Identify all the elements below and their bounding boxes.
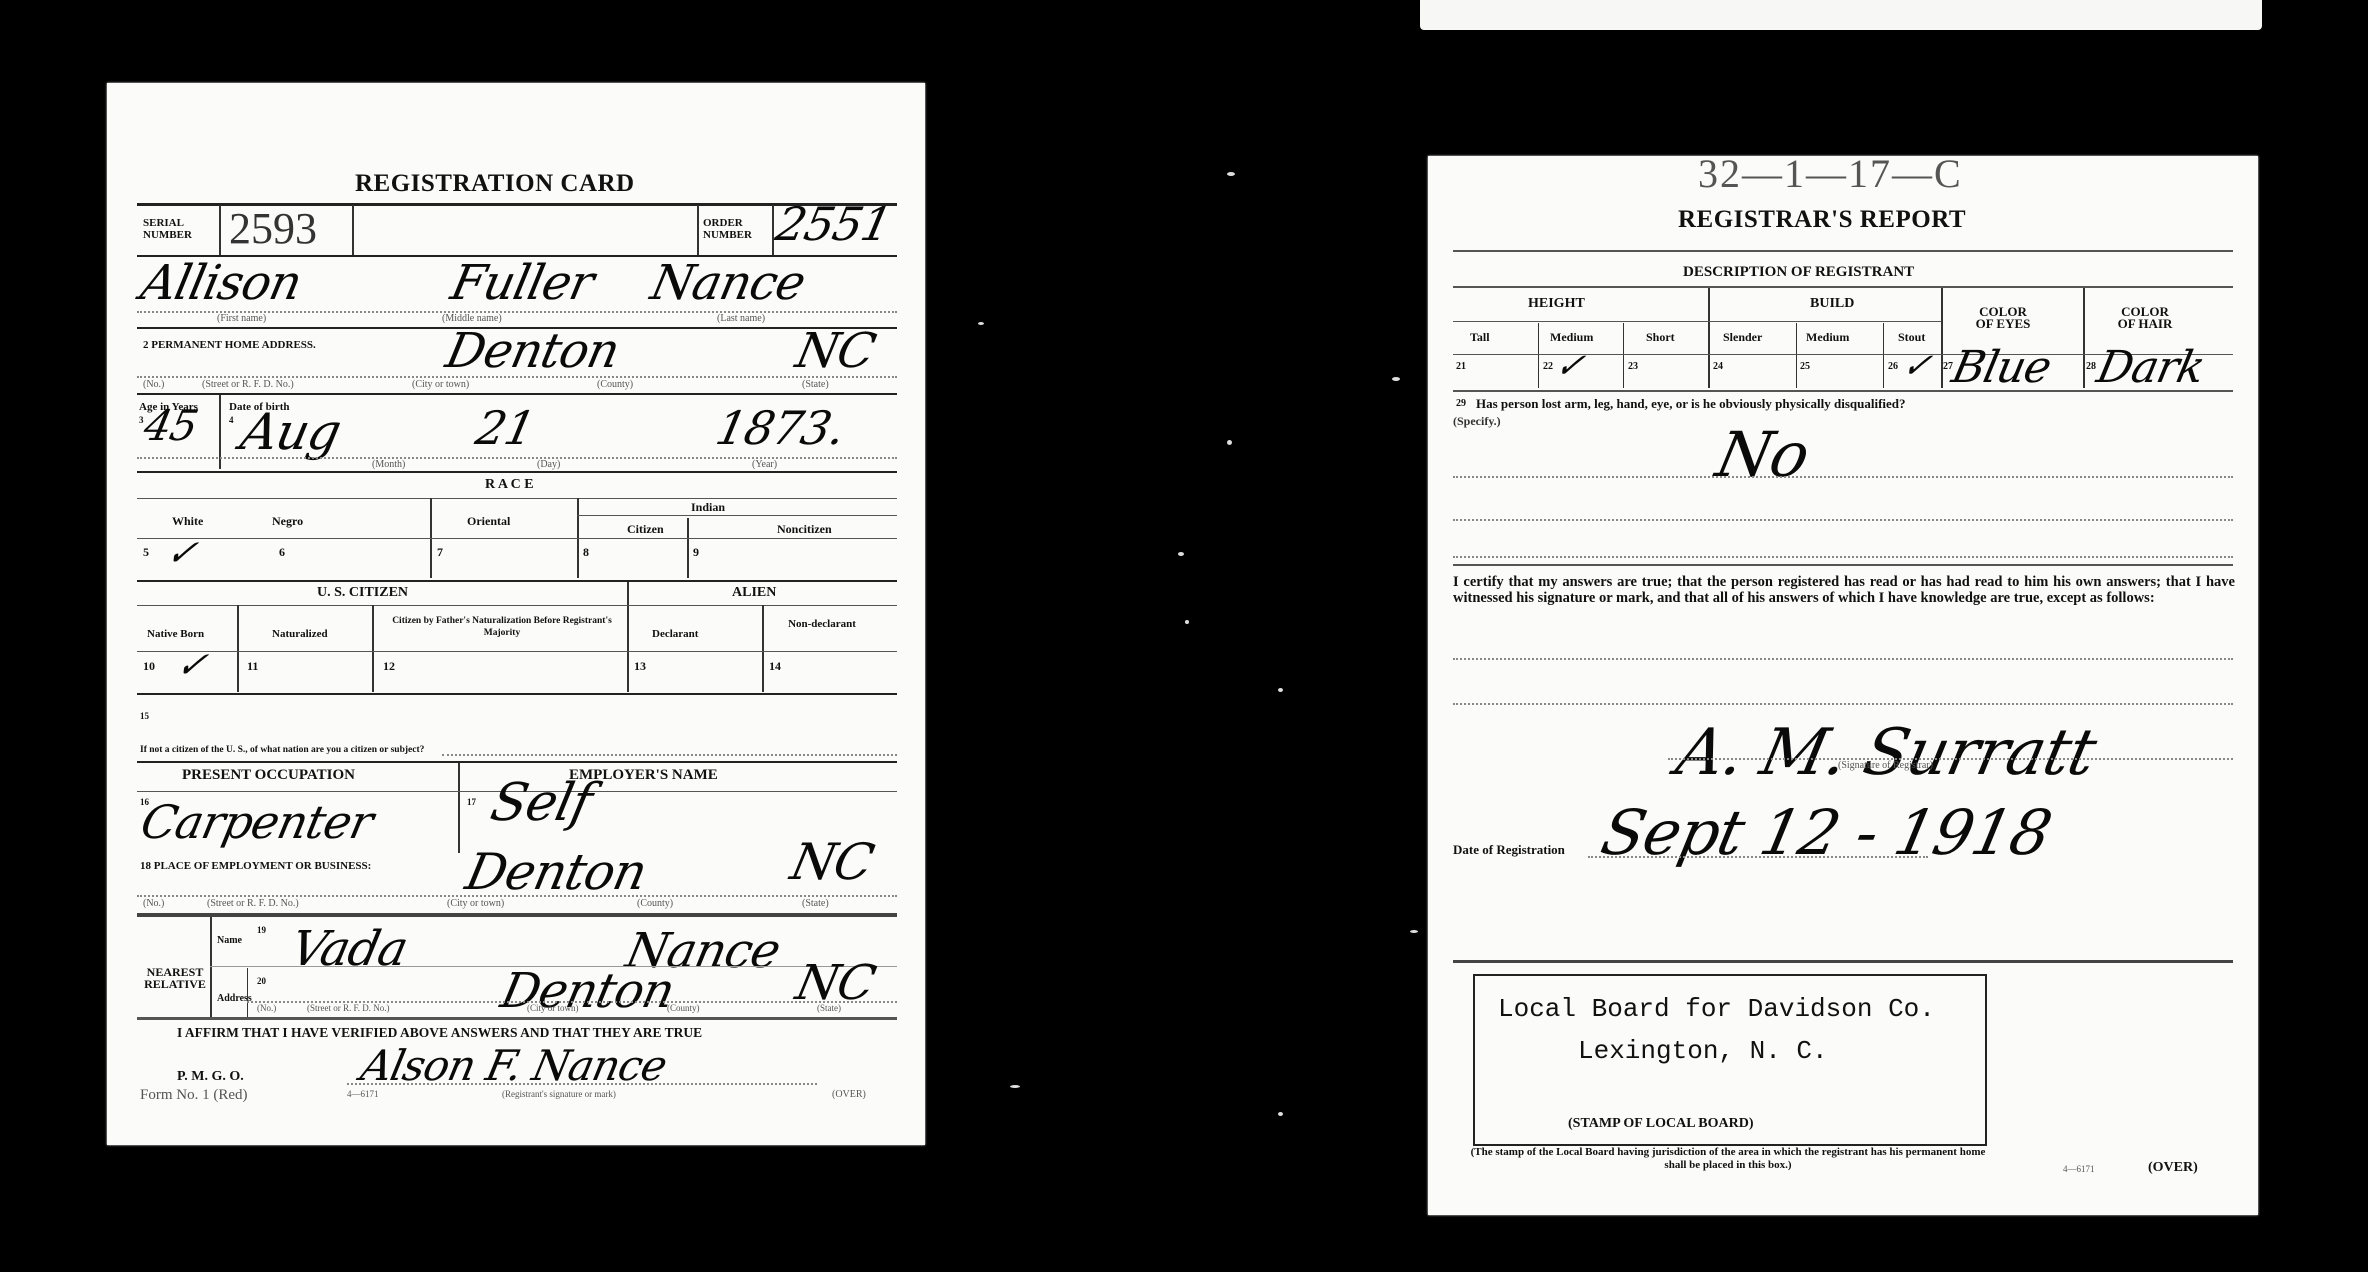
- address-caption-city: (City or town): [412, 379, 469, 390]
- build-stout-checkmark: ✓: [1899, 346, 1935, 386]
- occupation-heading: PRESENT OCCUPATION: [182, 769, 355, 781]
- eye-color-heading: COLOR OF EYES: [1958, 306, 2048, 330]
- employment-caption-state: (State): [802, 898, 829, 909]
- field-number: 26: [1888, 361, 1898, 372]
- employer-value: Self: [486, 773, 597, 833]
- registration-date-value: Sept 12 - 1918: [1595, 796, 2057, 869]
- relative-address-field-number: 20: [257, 976, 266, 986]
- stamp-caption: (STAMP OF LOCAL BOARD): [1568, 1118, 1754, 1130]
- stamp-line-1: Local Board for Davidson Co.: [1498, 994, 1935, 1024]
- address-caption-no: (No.): [143, 379, 164, 390]
- registrar-signature: A. M. Surratt: [1670, 716, 2102, 790]
- home-address-label: 2 PERMANENT HOME ADDRESS.: [143, 339, 316, 351]
- birth-day-value: 21: [471, 401, 539, 455]
- place-of-employment-label: 18 PLACE OF EMPLOYMENT OR BUSINESS:: [140, 860, 371, 872]
- dust-speck: [1410, 930, 1418, 933]
- address-caption-county: (County): [597, 379, 633, 390]
- field-number: 7: [437, 545, 443, 560]
- nation-question: If not a citizen of the U. S., of what n…: [140, 744, 424, 756]
- build-col-slender: Slender: [1723, 331, 1762, 343]
- registration-date-label: Date of Registration: [1453, 844, 1565, 856]
- address-caption-street: (Street or R. F. D. No.): [202, 379, 294, 390]
- birth-year-caption: (Year): [752, 459, 777, 470]
- dust-speck: [1010, 1085, 1020, 1088]
- relative-caption-city: (City or town): [527, 1003, 579, 1013]
- field-number: 6: [279, 545, 285, 560]
- race-col-white: White: [172, 515, 203, 527]
- relative-name-label: Name: [217, 935, 242, 947]
- field-number: 9: [693, 545, 699, 560]
- hair-color-heading: COLOR OF HAIR: [2100, 306, 2190, 330]
- registration-card: REGISTRATION CARD SERIAL NUMBER 2593 ORD…: [107, 83, 925, 1145]
- field-number: 21: [1456, 361, 1466, 372]
- race-col-oriental: Oriental: [467, 515, 510, 527]
- citizen-col-native-born: Native Born: [147, 628, 204, 640]
- first-name-caption: (First name): [217, 313, 266, 324]
- field-number: 10: [143, 659, 155, 674]
- height-col-short: Short: [1646, 331, 1675, 343]
- relative-caption-county: (County): [667, 1003, 700, 1013]
- first-name-value: Allison: [136, 255, 306, 311]
- citizen-col-by-father: Citizen by Father's Naturalization Befor…: [382, 615, 622, 639]
- nearest-relative-label: NEAREST RELATIVE: [140, 966, 210, 990]
- field-number: 13: [634, 659, 646, 674]
- stamp-line-2: Lexington, N. C.: [1578, 1036, 1828, 1066]
- form-agency: P. M. G. O.: [177, 1071, 244, 1083]
- height-col-medium: Medium: [1550, 331, 1593, 343]
- description-heading: DESCRIPTION OF REGISTRANT: [1683, 266, 1914, 278]
- field-number: 24: [1713, 361, 1723, 372]
- white-checkmark: ✓: [163, 533, 201, 574]
- dust-speck: [1227, 440, 1232, 445]
- race-indian-heading: Indian: [691, 501, 725, 513]
- hair-color-field-number: 28: [2086, 361, 2096, 372]
- card-title: REGISTRATION CARD: [355, 170, 635, 198]
- age-value: 45: [140, 401, 202, 450]
- eye-color-value: Blue: [1948, 342, 2056, 393]
- disqualified-field-number: 29: [1456, 398, 1466, 409]
- hair-color-value: Dark: [2093, 342, 2209, 393]
- dust-speck: [1278, 688, 1283, 692]
- serial-number-label: SERIAL NUMBER: [143, 217, 192, 241]
- race-col-negro: Negro: [272, 515, 303, 527]
- relative-city-value: Denton: [496, 963, 679, 1019]
- field-number: 8: [583, 545, 589, 560]
- dust-speck: [978, 322, 984, 325]
- report-title: REGISTRAR'S REPORT: [1678, 206, 1966, 234]
- disqualified-answer: No: [1710, 418, 1815, 491]
- build-col-medium: Medium: [1806, 331, 1849, 343]
- nation-field-number: 15: [140, 711, 149, 721]
- certification-text: I certify that my answers are true; that…: [1453, 574, 2235, 606]
- signature-caption: (Registrant's signature or mark): [502, 1089, 616, 1099]
- field-number: 11: [247, 659, 258, 674]
- employer-field-number: 17: [467, 797, 476, 807]
- employment-caption-street: (Street or R. F. D. No.): [207, 898, 299, 909]
- form-code: 4—6171: [347, 1089, 379, 1099]
- citizen-col-naturalized: Naturalized: [272, 628, 328, 640]
- field-number: 12: [383, 659, 395, 674]
- file-number-stamp: 32—1—17—C: [1698, 150, 1963, 197]
- disqualified-question: Has person lost arm, leg, hand, eye, or …: [1476, 398, 1906, 410]
- employment-caption-city: (City or town): [447, 898, 504, 909]
- specify-label: (Specify.): [1453, 414, 1501, 429]
- serial-number-value: 2593: [229, 203, 317, 254]
- registrar-signature-caption: (Signature of Registrar): [1838, 760, 1933, 771]
- field-number: 14: [769, 659, 781, 674]
- affirmation-text: I AFFIRM THAT I HAVE VERIFIED ABOVE ANSW…: [177, 1027, 702, 1039]
- over-label: (OVER): [2148, 1162, 2198, 1174]
- relative-caption-street: (Street or R. F. D. No.): [307, 1003, 390, 1013]
- occupation-value: Carpenter: [136, 795, 377, 849]
- birth-year-value: 1873.: [711, 401, 849, 455]
- relative-caption-no: (No.): [257, 1003, 276, 1013]
- order-number-label: ORDER NUMBER: [703, 217, 752, 241]
- home-state-value: NC: [791, 323, 880, 379]
- adjacent-card-edge: [1420, 0, 2262, 30]
- birth-month-value: Aug: [236, 403, 346, 461]
- relative-caption-state: (State): [817, 1003, 841, 1013]
- build-heading: BUILD: [1810, 298, 1854, 310]
- height-col-tall: Tall: [1470, 331, 1490, 343]
- form-number: Form No. 1 (Red): [140, 1087, 248, 1104]
- alien-col-non-declarant: Non-declarant: [787, 618, 857, 630]
- field-number: 22: [1543, 361, 1553, 372]
- employment-state-value: NC: [786, 833, 878, 891]
- dust-speck: [1392, 377, 1400, 381]
- dust-speck: [1178, 552, 1184, 556]
- us-citizen-heading: U. S. CITIZEN: [317, 587, 408, 599]
- race-col-indian-noncitizen: Noncitizen: [777, 523, 832, 535]
- employment-caption-county: (County): [637, 898, 673, 909]
- last-name-value: Nance: [646, 255, 810, 311]
- last-name-caption: (Last name): [717, 313, 765, 324]
- middle-name-value: Fuller: [446, 255, 598, 311]
- age-field-number: 3: [139, 415, 144, 425]
- employment-city-value: Denton: [461, 843, 652, 901]
- race-heading: R A C E: [485, 479, 534, 491]
- alien-heading: ALIEN: [732, 587, 776, 599]
- height-heading: HEIGHT: [1528, 298, 1585, 310]
- over-label: (OVER): [832, 1089, 866, 1100]
- build-col-stout: Stout: [1898, 331, 1925, 343]
- field-number: 23: [1628, 361, 1638, 372]
- alien-col-declarant: Declarant: [652, 628, 698, 640]
- birth-day-caption: (Day): [537, 459, 560, 470]
- employment-caption-no: (No.): [143, 898, 164, 909]
- address-caption-state: (State): [802, 379, 829, 390]
- dust-speck: [1185, 620, 1189, 624]
- relative-first-name-value: Vada: [286, 921, 412, 977]
- relative-name-field-number: 19: [257, 925, 266, 935]
- dust-speck: [1278, 1112, 1283, 1116]
- birth-field-number: 4: [229, 415, 234, 425]
- registrars-report-card: 32—1—17—C REGISTRAR'S REPORT DESCRIPTION…: [1428, 156, 2258, 1215]
- home-city-value: Denton: [441, 323, 624, 379]
- race-col-indian-citizen: Citizen: [627, 523, 664, 535]
- birth-month-caption: (Month): [372, 459, 405, 470]
- stamp-note: (The stamp of the Local Board having jur…: [1468, 1146, 1988, 1172]
- height-medium-checkmark: ✓: [1552, 346, 1588, 386]
- field-number: 25: [1800, 361, 1810, 372]
- dust-speck: [1227, 172, 1235, 176]
- form-code: 4—6171: [2063, 1164, 2095, 1174]
- field-number: 5: [143, 545, 149, 560]
- order-number-value: 2551: [771, 197, 896, 251]
